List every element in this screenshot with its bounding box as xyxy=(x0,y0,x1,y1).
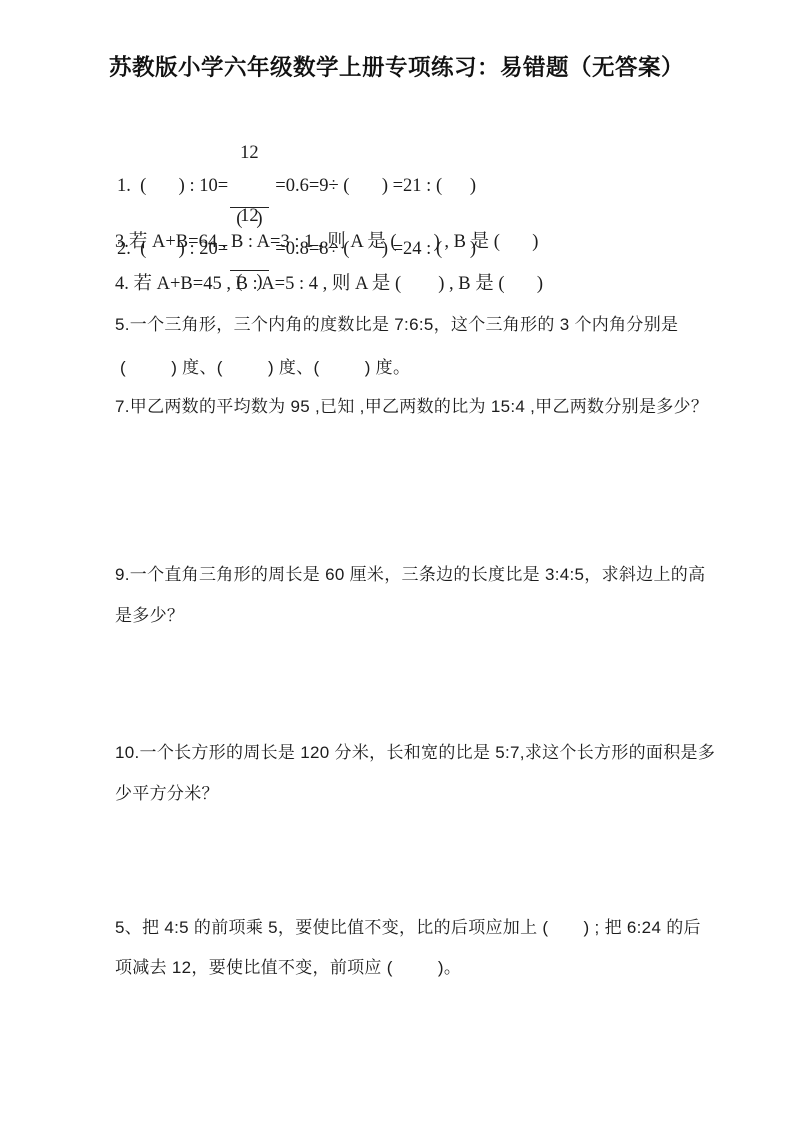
question-10-line-2: 少平方分米？ xyxy=(115,779,219,804)
question-9-line-2: 是多少？ xyxy=(115,601,184,626)
question-5b-line-2: 项减去 12，要使比值不变，前项应 ( )。 xyxy=(115,953,461,978)
question-3: 3.若 A+B=64 , B : A=3 : 1 , 则 A 是 ( ) , B… xyxy=(115,227,538,253)
question-4: 4. 若 A+B=45 , B : A=5 : 4 , 则 A 是 ( ) , … xyxy=(115,269,543,295)
page-title: 苏教版小学六年级数学上册专项练习：易错题（无答案） xyxy=(0,50,793,82)
question-7: 7.甲乙两数的平均数为 95 ,已知 ,甲乙两数的比为 15:4 ,甲乙两数分别… xyxy=(115,392,708,417)
question-5-line-1: 5.一个三角形，三个内角的度数比是 7:6:5，这个三角形的 3 个内角分别是 xyxy=(115,310,678,335)
worksheet-page: 苏教版小学六年级数学上册专项练习：易错题（无答案） 1. ( ) : 10= 1… xyxy=(0,0,793,1122)
fraction-numerator: 12 xyxy=(230,143,269,165)
question-5b-line-1: 5、把 4:5 的前项乘 5，要使比值不变，比的后项应加上 ( ) ; 把 6:… xyxy=(115,913,701,938)
question-9-line-1: 9.一个直角三角形的周长是 60 厘米，三条边的长度比是 3:4:5，求斜边上的… xyxy=(115,560,705,585)
fraction-numerator: 12 xyxy=(230,206,269,228)
question-10-line-1: 10.一个长方形的周长是 120 分米，长和宽的比是 5:7,求这个长方形的面积… xyxy=(115,738,715,763)
question-5-line-2: ( ) 度、( ) 度、( ) 度。 xyxy=(115,353,410,378)
